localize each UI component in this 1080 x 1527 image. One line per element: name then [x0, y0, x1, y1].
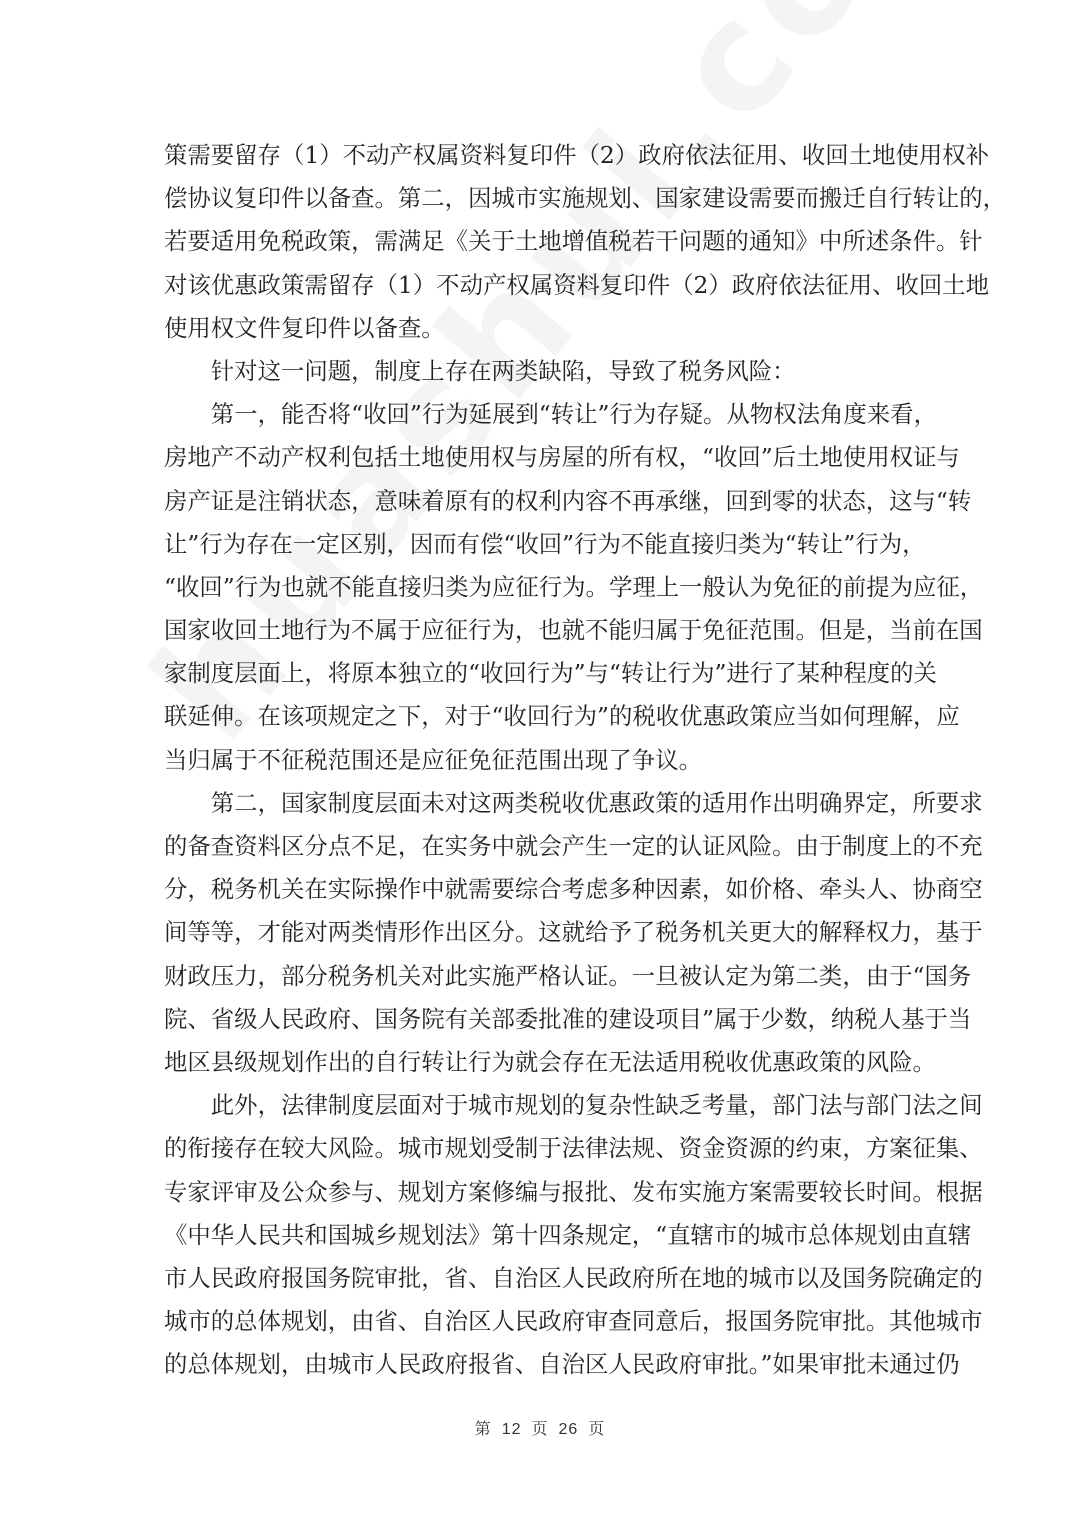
text-line: 的备查资料区分点不足，在实务中就会产生一定的认证风险。由于制度上的不充 [164, 825, 916, 868]
paragraph-5: 此外，法律制度层面对于城市规划的复杂性缺乏考量，部门法与部门法之间 的衔接存在较… [164, 1084, 916, 1386]
paragraph-1: 策需要留存（1）不动产权属资料复印件（2）政府依法征用、收回土地使用权补 偿协议… [164, 134, 916, 350]
text-line: 财政压力，部分税务机关对此实施严格认证。一旦被认定为第二类，由于“国务 [164, 955, 916, 998]
text-line: 若要适用免税政策，需满足《关于土地增值税若干问题的通知》中所述条件。针 [164, 220, 916, 263]
text-line: 针对这一问题，制度上存在两类缺陷，导致了税务风险： [164, 350, 916, 393]
text-line: 此外，法律制度层面对于城市规划的复杂性缺乏考量，部门法与部门法之间 [164, 1084, 916, 1127]
text-line: 院、省级人民政府、国务院有关部委批准的建设项目”属于少数，纳税人基于当 [164, 998, 916, 1041]
text-line: 《中华人民共和国城乡规划法》第十四条规定，“直辖市的城市总体规划由直辖 [164, 1214, 916, 1257]
text-line: 使用权文件复印件以备查。 [164, 307, 916, 350]
text-line: 间等等，才能对两类情形作出区分。这就给予了税务机关更大的解释权力，基于 [164, 911, 916, 954]
text-line: 偿协议复印件以备查。第二，因城市实施规划、国家建设需要而搬迁自行转让的， [164, 177, 916, 220]
text-line: 当归属于不征税范围还是应征免征范围出现了争议。 [164, 739, 916, 782]
text-line: 市人民政府报国务院审批，省、自治区人民政府所在地的城市以及国务院确定的 [164, 1257, 916, 1300]
text-line: 房产证是注销状态，意味着原有的权利内容不再承继，回到零的状态，这与“转 [164, 480, 916, 523]
text-line: 专家评审及公众参与、规划方案修编与报批、发布实施方案需要较长时间。根据 [164, 1171, 916, 1214]
text-line: 地区县级规划作出的自行转让行为就会存在无法适用税收优惠政策的风险。 [164, 1041, 916, 1084]
document-page: huashui.com 策需要留存（1）不动产权属资料复印件（2）政府依法征用、… [0, 0, 1080, 1527]
text-line: 第一，能否将“收回”行为延展到“转让”行为存疑。从物权法角度来看， [164, 393, 916, 436]
total-pages-number: 26 [559, 1421, 579, 1438]
text-line: 第二，国家制度层面未对这两类税收优惠政策的适用作出明确界定，所要求 [164, 782, 916, 825]
text-line: 联延伸。在该项规定之下，对于“收回行为”的税收优惠政策应当如何理解，应 [164, 695, 916, 738]
text-line: 家制度层面上，将原本独立的“收回行为”与“转让行为”进行了某种程度的关 [164, 652, 916, 695]
document-body: 策需要留存（1）不动产权属资料复印件（2）政府依法征用、收回土地使用权补 偿协议… [164, 134, 916, 1386]
text-line: 策需要留存（1）不动产权属资料复印件（2）政府依法征用、收回土地使用权补 [164, 134, 916, 177]
text-line: 的衔接存在较大风险。城市规划受制于法律法规、资金资源的约束，方案征集、 [164, 1127, 916, 1170]
current-page-number: 12 [502, 1421, 522, 1438]
paragraph-3: 第一，能否将“收回”行为延展到“转让”行为存疑。从物权法角度来看， 房地产不动产… [164, 393, 916, 782]
footer-page-unit: 页 [531, 1421, 548, 1438]
footer-total-unit: 页 [588, 1421, 605, 1438]
text-line: 分，税务机关在实际操作中就需要综合考虑多种因素，如价格、牵头人、协商空 [164, 868, 916, 911]
paragraph-4: 第二，国家制度层面未对这两类税收优惠政策的适用作出明确界定，所要求 的备查资料区… [164, 782, 916, 1084]
text-line: 城市的总体规划，由省、自治区人民政府审查同意后，报国务院审批。其他城市 [164, 1300, 916, 1343]
text-line: 对该优惠政策需留存（1）不动产权属资料复印件（2）政府依法征用、收回土地 [164, 264, 916, 307]
paragraph-2: 针对这一问题，制度上存在两类缺陷，导致了税务风险： [164, 350, 916, 393]
footer-prefix: 第 [475, 1421, 492, 1438]
text-line: 让”行为存在一定区别，因而有偿“收回”行为不能直接归类为“转让”行为， [164, 523, 916, 566]
text-line: 的总体规划，由城市人民政府报省、自治区人民政府审批。”如果审批未通过仍 [164, 1343, 916, 1386]
page-footer: 第12页26页 [0, 1416, 1080, 1439]
text-line: 房地产不动产权利包括土地使用权与房屋的所有权，“收回”后土地使用权证与 [164, 436, 916, 479]
text-line: 国家收回土地行为不属于应征行为，也就不能归属于免征范围。但是，当前在国 [164, 609, 916, 652]
text-line: “收回”行为也就不能直接归类为应征行为。学理上一般认为免征的前提为应征， [164, 566, 916, 609]
